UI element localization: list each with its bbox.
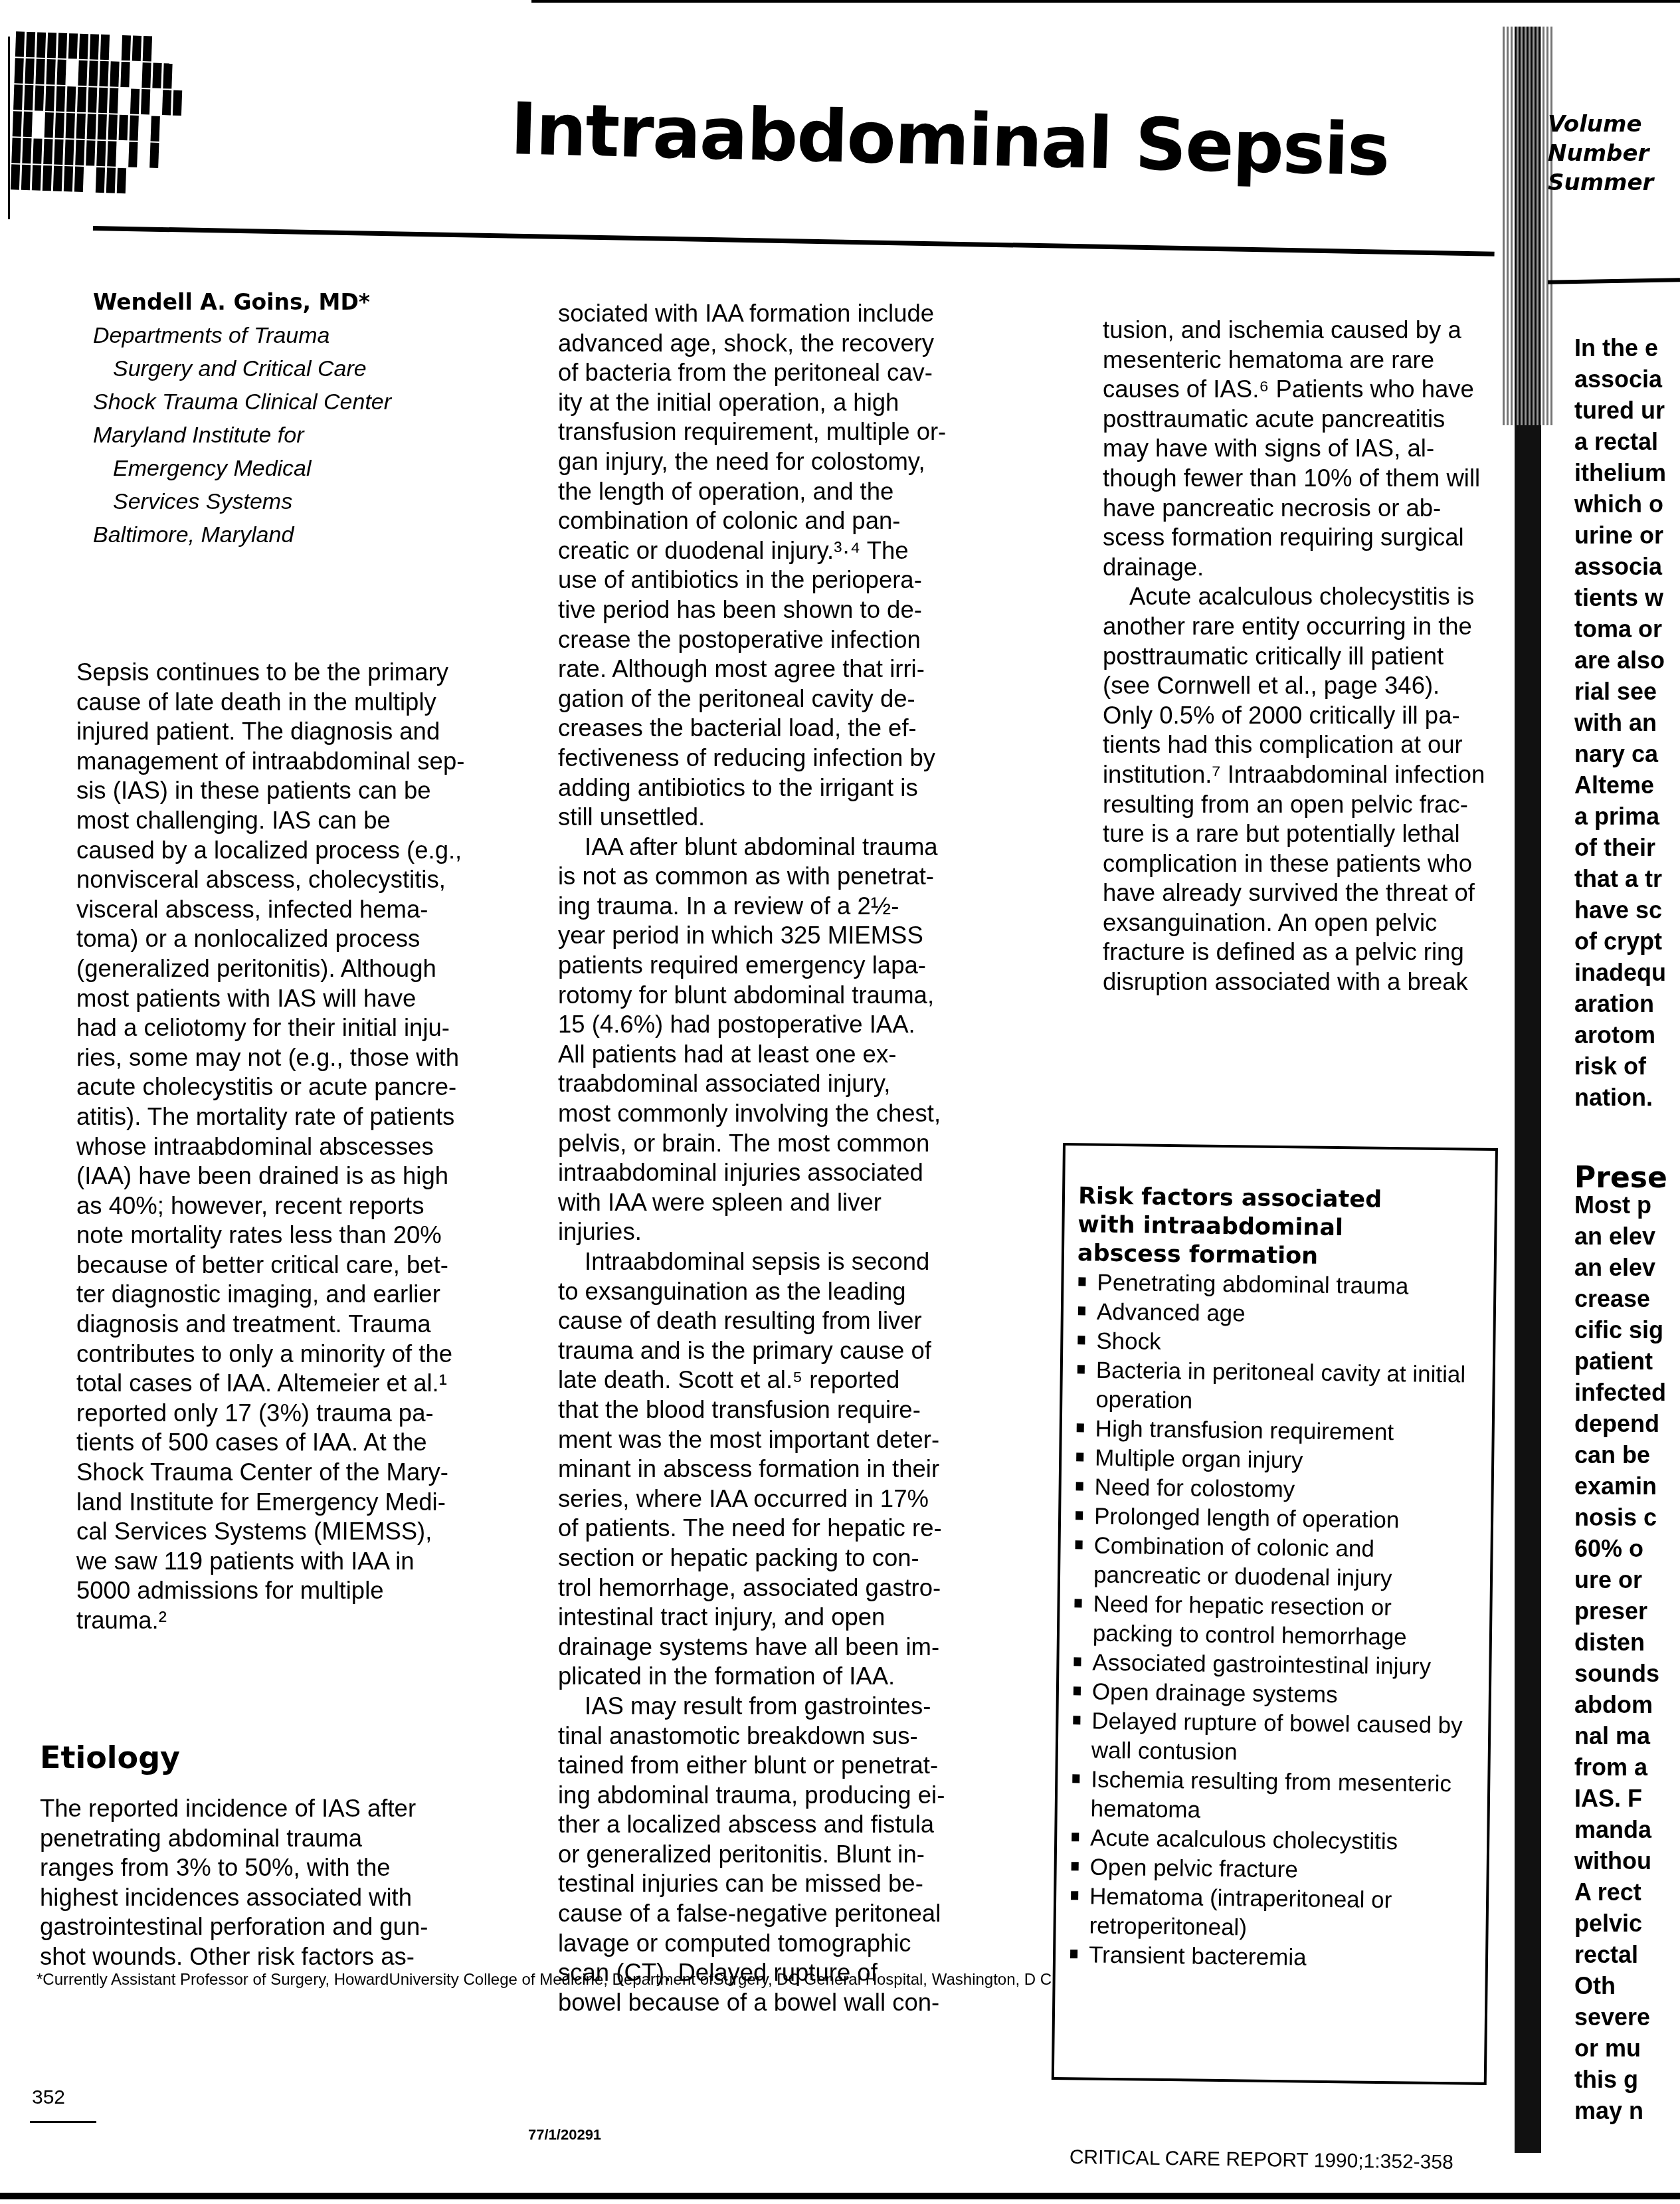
text-line: of patients. The need for hepatic re- [558,1514,946,1544]
text-line-fragment: rectal [1574,1939,1680,1970]
text-line: crease the postoperative infection [558,625,946,655]
text-line-fragment: pelvic [1574,1908,1680,1939]
text-line: bowel because of a bowel wall con- [558,1988,946,2018]
text-line: tients had this complication at our [1103,730,1485,760]
risk-factor-item: Advanced age [1077,1297,1480,1331]
text-line: resulting from an open pelvic frac- [1103,790,1485,820]
document-code: 77/1/20291 [528,2126,601,2144]
text-line: Shock Trauma Center of the Mary- [76,1458,464,1488]
text-line-fragment: tured ur [1574,395,1680,426]
square-bullet-icon [1075,1540,1083,1549]
author-name: Wendell A. Goins, MD* [93,286,391,319]
square-bullet-icon [1075,1511,1083,1520]
text-line-fragment: infected [1574,1377,1680,1408]
text-line-fragment: an elev [1574,1221,1680,1252]
text-line-fragment: nary ca [1574,738,1680,769]
text-line: ing trauma. In a review of a 2½- [558,892,946,922]
text-line: pelvis, or brain. The most common [558,1129,946,1159]
text-line: still unsettled. [558,803,946,833]
text-line: IAS may result from gastrointes- [558,1692,946,1722]
top-rule [531,0,1680,3]
text-line: visceral abscess, infected hema- [76,895,464,925]
article-title: Intraabdominal Sepsis [510,88,1390,192]
text-line: late death. Scott et al.⁵ reported [558,1365,946,1395]
text-line-fragment: arotom [1574,1019,1680,1051]
text-line-fragment: with an [1574,707,1680,738]
text-line-fragment: aration [1574,988,1680,1019]
text-line: highest incidences associated with [40,1883,428,1913]
risk-factors-box: Risk factors associated with intraabdomi… [1052,1143,1498,2085]
header-rule [93,226,1495,256]
text-line-fragment: Oth [1574,1970,1680,2001]
text-line-fragment: rial see [1574,676,1680,707]
text-line: whose intraabdominal abscesses [76,1132,464,1162]
text-line: have already survived the threat of [1103,878,1485,908]
text-line: (IAA) have been drained is as high [76,1161,464,1191]
text-line: advanced age, shock, the recovery [558,329,946,359]
next-column-fragment-bottom: Most pan elevan elevcreasecific sigpatie… [1574,1189,1680,2126]
text-line: ther a localized abscess and fistula [558,1810,946,1840]
text-line-fragment: preser [1574,1595,1680,1627]
journal-citation: CRITICAL CARE REPORT 1990;1:352-358 [1070,2146,1453,2174]
text-line: though fewer than 10% of them will [1103,464,1485,494]
issue-number: Number [1548,139,1653,168]
text-line: most patients with IAS will have [76,984,464,1014]
affiliation-line: Departments of Trauma [93,319,391,352]
affiliation-line: Maryland Institute for [93,419,391,452]
text-line-fragment: this g [1574,2064,1680,2095]
text-line-fragment: of crypt [1574,926,1680,957]
text-line: 15 (4.6%) had postoperative IAA. [558,1010,946,1040]
square-bullet-icon [1076,1453,1083,1461]
square-bullet-icon [1072,1774,1079,1783]
text-line-fragment: A rect [1574,1876,1680,1908]
text-line: injuries. [558,1217,946,1247]
square-bullet-icon [1072,1862,1079,1870]
text-line: patients required emergency lapa- [558,951,946,981]
affiliation-line: Shock Trauma Clinical Center [93,385,391,419]
square-bullet-icon [1073,1657,1081,1666]
square-bullet-icon [1074,1599,1081,1607]
text-line: contributes to only a minority of the [76,1340,464,1369]
text-line: nonvisceral abscess, cholecystitis, [76,865,464,895]
text-line: (generalized peritonitis). Although [76,954,464,984]
right-column-text: tusion, and ischemia caused by amesenter… [1103,316,1485,997]
risk-factor-item: Acute acalculous cholecystitis [1070,1823,1473,1857]
text-line: ture is a rare but potentially lethal [1103,819,1485,849]
text-line: use of antibiotics in the periopera- [558,565,946,595]
text-line: gan injury, the need for colostomy, [558,447,946,477]
binding-spine-shadow [1503,27,1553,425]
text-line: total cases of IAA. Altemeier et al.¹ [76,1369,464,1399]
text-line: trol hemorrhage, associated gastro- [558,1573,946,1603]
text-line: trauma and is the primary cause of [558,1336,946,1366]
text-line: intraabdominal injuries associated [558,1158,946,1188]
issue-volume: Volume [1548,110,1653,139]
text-line-fragment: can be [1574,1439,1680,1470]
affiliation-line: Surgery and Critical Care [93,352,391,385]
text-line: land Institute for Emergency Medi- [76,1488,464,1518]
text-line: cause of late death in the multiply [76,688,464,718]
text-line-fragment: withou [1574,1845,1680,1876]
text-line: cal Services Systems (MIEMSS), [76,1517,464,1547]
page-number-rule [30,2121,96,2123]
text-line: (see Cornwell et al., page 346). [1103,671,1485,701]
text-line: The reported incidence of IAS after [40,1794,428,1824]
text-line: that the blood transfusion require- [558,1395,946,1425]
text-line-fragment: ure or [1574,1564,1680,1595]
risk-factor-item: Bacteria in peritoneal cavity at initial… [1075,1355,1479,1419]
text-line: because of better critical care, bet- [76,1251,464,1280]
risk-factor-item: Penetrating abdominal trauma [1077,1268,1480,1302]
text-line-fragment: IAS. F [1574,1783,1680,1814]
risk-factor-item: Associated gastrointestinal injury [1072,1648,1475,1682]
risk-factor-item: Multiple organ injury [1075,1443,1478,1477]
text-line: penetrating abdominal trauma [40,1824,428,1854]
text-line: Only 0.5% of 2000 critically ill pa- [1103,701,1485,731]
text-line: intestinal tract injury, and open [558,1603,946,1633]
risk-factors-list: Penetrating abdominal traumaAdvanced age… [1069,1268,1481,1974]
text-line: cause of a false-negative peritoneal [558,1899,946,1929]
text-line-fragment: ithelium [1574,457,1680,488]
square-bullet-icon [1073,1716,1080,1724]
text-line: plicated in the formation of IAA. [558,1662,946,1692]
text-line: of bacteria from the peritoneal cav- [558,358,946,388]
text-line: rate. Although most agree that irri- [558,654,946,684]
text-line: adding antibiotics to the irrigant is [558,773,946,803]
text-line: Sepsis continues to be the primary [76,658,464,688]
text-line-fragment: from a [1574,1752,1680,1783]
text-line-fragment: sounds [1574,1658,1680,1689]
text-line: ter diagnostic imaging, and earlier [76,1280,464,1310]
affiliation-line: Baltimore, Maryland [93,518,391,551]
text-line-fragment: risk of [1574,1051,1680,1082]
text-line: gation of the peritoneal cavity de- [558,684,946,714]
text-line: acute cholecystitis or acute pancre- [76,1072,464,1102]
text-line: to exsanguination as the leading [558,1277,946,1307]
text-line: complication in these patients who [1103,849,1485,879]
square-bullet-icon [1070,1950,1077,1958]
text-line: injured patient. The diagnosis and [76,717,464,747]
text-line: caused by a localized process (e.g., [76,836,464,866]
square-bullet-icon [1073,1686,1081,1695]
risk-factor-item: Prolonged length of operation [1074,1502,1477,1536]
text-line: Intraabdominal sepsis is second [558,1247,946,1277]
square-bullet-icon [1076,1482,1083,1490]
text-line: ranges from 3% to 50%, with the [40,1853,428,1883]
text-line: rotomy for blunt abdominal trauma, [558,981,946,1011]
text-line: tients of 500 cases of IAA. At the [76,1428,464,1458]
text-line-fragment: examin [1574,1470,1680,1502]
risk-factor-item: Open drainage systems [1072,1677,1475,1711]
text-line: Acute acalculous cholecystitis is [1103,582,1485,612]
text-line: fracture is defined as a pelvic ring [1103,938,1485,967]
text-line: 5000 admissions for multiple [76,1576,464,1606]
text-line: ries, some may not (e.g., those with [76,1043,464,1073]
text-line-fragment: are also [1574,645,1680,676]
risk-factor-item: Transient bacteremia [1069,1940,1472,1974]
text-line: another rare entity occurring in the [1103,612,1485,642]
text-line: series, where IAA occurred in 17% [558,1484,946,1514]
text-line: posttraumatic critically ill patient [1103,642,1485,672]
affiliation-line: Emergency Medical [93,452,391,485]
text-line: combination of colonic and pan- [558,506,946,536]
text-line: reported only 17 (3%) trauma pa- [76,1399,464,1429]
section-heading-etiology: Etiology [40,1740,180,1775]
risk-factor-item: Ischemia resulting from mesenteric hemat… [1070,1765,1474,1828]
text-line-fragment: In the e [1574,332,1680,363]
text-line: had a celiotomy for their initial inju- [76,1013,464,1043]
text-line: fectiveness of reducing infection by [558,744,946,773]
text-line: scan (CT). Delayed rupture of [558,1958,946,1988]
middle-column-text: sociated with IAA formation includeadvan… [558,299,946,2017]
text-line-fragment: depend [1574,1408,1680,1439]
text-line-fragment: an elev [1574,1252,1680,1283]
footnote-line: *Currently Assistant Professor of Surger… [37,1971,389,1989]
text-line: shot wounds. Other risk factors as- [40,1942,428,1972]
text-line: the length of operation, and the [558,477,946,507]
text-line-fragment: a prima [1574,801,1680,832]
text-line: lavage or computed tomographic [558,1929,946,1959]
text-line: have pancreatic necrosis or ab- [1103,494,1485,524]
text-line: creatic or duodenal injury.³·⁴ The [558,536,946,566]
text-line: exsanguination. An open pelvic [1103,908,1485,938]
square-bullet-icon [1077,1423,1084,1432]
text-line-fragment: cific sig [1574,1314,1680,1346]
text-line-fragment: tients w [1574,582,1680,613]
left-edge-rule [8,37,10,219]
text-line-fragment: urine or [1574,520,1680,551]
text-line-fragment: abdom [1574,1689,1680,1720]
text-line: note mortality rates less than 20% [76,1221,464,1251]
text-line: management of intraabdominal sep- [76,747,464,777]
journal-logo-grid-icon [11,31,195,193]
text-line: with IAA were spleen and liver [558,1188,946,1218]
text-line: atitis). The mortality rate of patients [76,1102,464,1132]
text-line-fragment: may n [1574,2095,1680,2126]
risk-factor-item: Need for colostomy [1074,1472,1477,1506]
text-line: All patients had at least one ex- [558,1040,946,1070]
text-line: or generalized peritonitis. Blunt in- [558,1840,946,1870]
text-line: diagnosis and treatment. Trauma [76,1310,464,1340]
intro-paragraph: Sepsis continues to be the primarycause … [76,658,464,1636]
text-line: most commonly involving the chest, [558,1099,946,1129]
text-line: ity at the initial operation, a high [558,388,946,418]
square-bullet-icon [1078,1306,1085,1315]
text-line-fragment: Most p [1574,1189,1680,1221]
text-line: we saw 119 patients with IAA in [76,1547,464,1577]
text-line-fragment: have sc [1574,894,1680,926]
text-line-fragment: of their [1574,832,1680,863]
text-line-fragment: crease [1574,1283,1680,1314]
risk-factor-item: Delayed rupture of bowel caused by wall … [1072,1706,1475,1769]
text-line-fragment: associa [1574,363,1680,395]
affiliation-line: Services Systems [93,485,391,518]
text-line-fragment: patient [1574,1346,1680,1377]
text-line: tive period has been shown to de- [558,595,946,625]
text-line: testinal injuries can be missed be- [558,1869,946,1899]
text-line-fragment: 60% o [1574,1533,1680,1564]
text-line: tinal anastomotic breakdown sus- [558,1722,946,1752]
text-line-fragment: associa [1574,551,1680,582]
next-column-fragment-top: In the eassociatured ura rectalitheliumw… [1574,332,1680,1113]
risk-factors-title: Risk factors associated with intraabdomi… [1077,1182,1482,1272]
text-line: traabdominal associated injury, [558,1069,946,1099]
text-line-fragment: inadequ [1574,957,1680,988]
text-line-fragment: disten [1574,1627,1680,1658]
text-line: causes of IAS.⁶ Patients who have [1103,375,1485,405]
text-line: gastrointestinal perforation and gun- [40,1912,428,1942]
risk-factor-item: Need for hepatic resection or packing to… [1073,1589,1477,1653]
text-line-fragment: a rectal [1574,426,1680,457]
text-line: transfusion requirement, multiple or- [558,417,946,447]
text-line: trauma.² [76,1606,464,1636]
text-line: tusion, and ischemia caused by a [1103,316,1485,346]
text-line-fragment: that a tr [1574,863,1680,894]
risk-factor-item: Combination of colonic and pancreatic or… [1073,1531,1477,1594]
text-line: minant in abscess formation in their [558,1454,946,1484]
text-line-fragment: toma or [1574,613,1680,645]
square-bullet-icon [1077,1336,1085,1344]
text-line: institution.⁷ Intraabdominal infection [1103,760,1485,790]
issue-info: Volume Number Summer [1548,110,1653,197]
square-bullet-icon [1078,1277,1085,1286]
risk-factor-item: Shock [1076,1326,1479,1360]
text-line: creases the bacterial load, the ef- [558,714,946,744]
text-line: mesenteric hematoma are rare [1103,346,1485,375]
text-line-fragment: which o [1574,488,1680,520]
text-line-fragment: severe [1574,2001,1680,2033]
text-line-fragment: nal ma [1574,1720,1680,1752]
page-number: 352 [32,2086,65,2109]
text-line: scess formation requiring surgical [1103,523,1485,553]
text-line: IAA after blunt abdominal trauma [558,833,946,862]
etiology-paragraph: The reported incidence of IAS afterpenet… [40,1794,428,1972]
text-line: is not as common as with penetrat- [558,862,946,892]
right-header-rule [1548,278,1680,284]
text-line: ing abdominal trauma, producing ei- [558,1781,946,1811]
square-bullet-icon [1071,1891,1078,1900]
square-bullet-icon [1077,1365,1085,1373]
risk-factor-item: Hematoma (intraperitoneal or retroperito… [1069,1882,1473,1945]
text-line: as 40%; however, recent reports [76,1191,464,1221]
text-line: tained from either blunt or penetrat- [558,1751,946,1781]
risk-factor-item: Open pelvic fracture [1070,1853,1473,1886]
text-line: sociated with IAA formation include [558,299,946,329]
text-line: posttraumatic acute pancreatitis [1103,405,1485,435]
issue-season: Summer [1548,168,1653,197]
text-line: may have with signs of IAS, al- [1103,434,1485,464]
text-line-fragment: or mu [1574,2033,1680,2064]
text-line: year period in which 325 MIEMSS [558,921,946,951]
risk-factor-item: High transfusion requirement [1075,1414,1478,1448]
text-line: toma) or a nonlocalized process [76,924,464,954]
square-bullet-icon [1072,1833,1079,1841]
text-line: cause of death resulting from liver [558,1306,946,1336]
text-line: sis (IAS) in these patients can be [76,776,464,806]
text-line: disruption associated with a break [1103,967,1485,997]
text-line: ment was the most important deter- [558,1425,946,1455]
text-line-fragment: Alteme [1574,769,1680,801]
text-line: drainage. [1103,553,1485,583]
bottom-rule [0,2193,1680,2199]
byline: Wendell A. Goins, MD* Departments of Tra… [93,286,391,551]
text-line: most challenging. IAS can be [76,806,464,836]
text-line-fragment: nation. [1574,1082,1680,1113]
text-line: section or hepatic packing to con- [558,1544,946,1573]
text-line: drainage systems have all been im- [558,1633,946,1662]
text-line-fragment: nosis c [1574,1502,1680,1533]
text-line-fragment: manda [1574,1814,1680,1845]
